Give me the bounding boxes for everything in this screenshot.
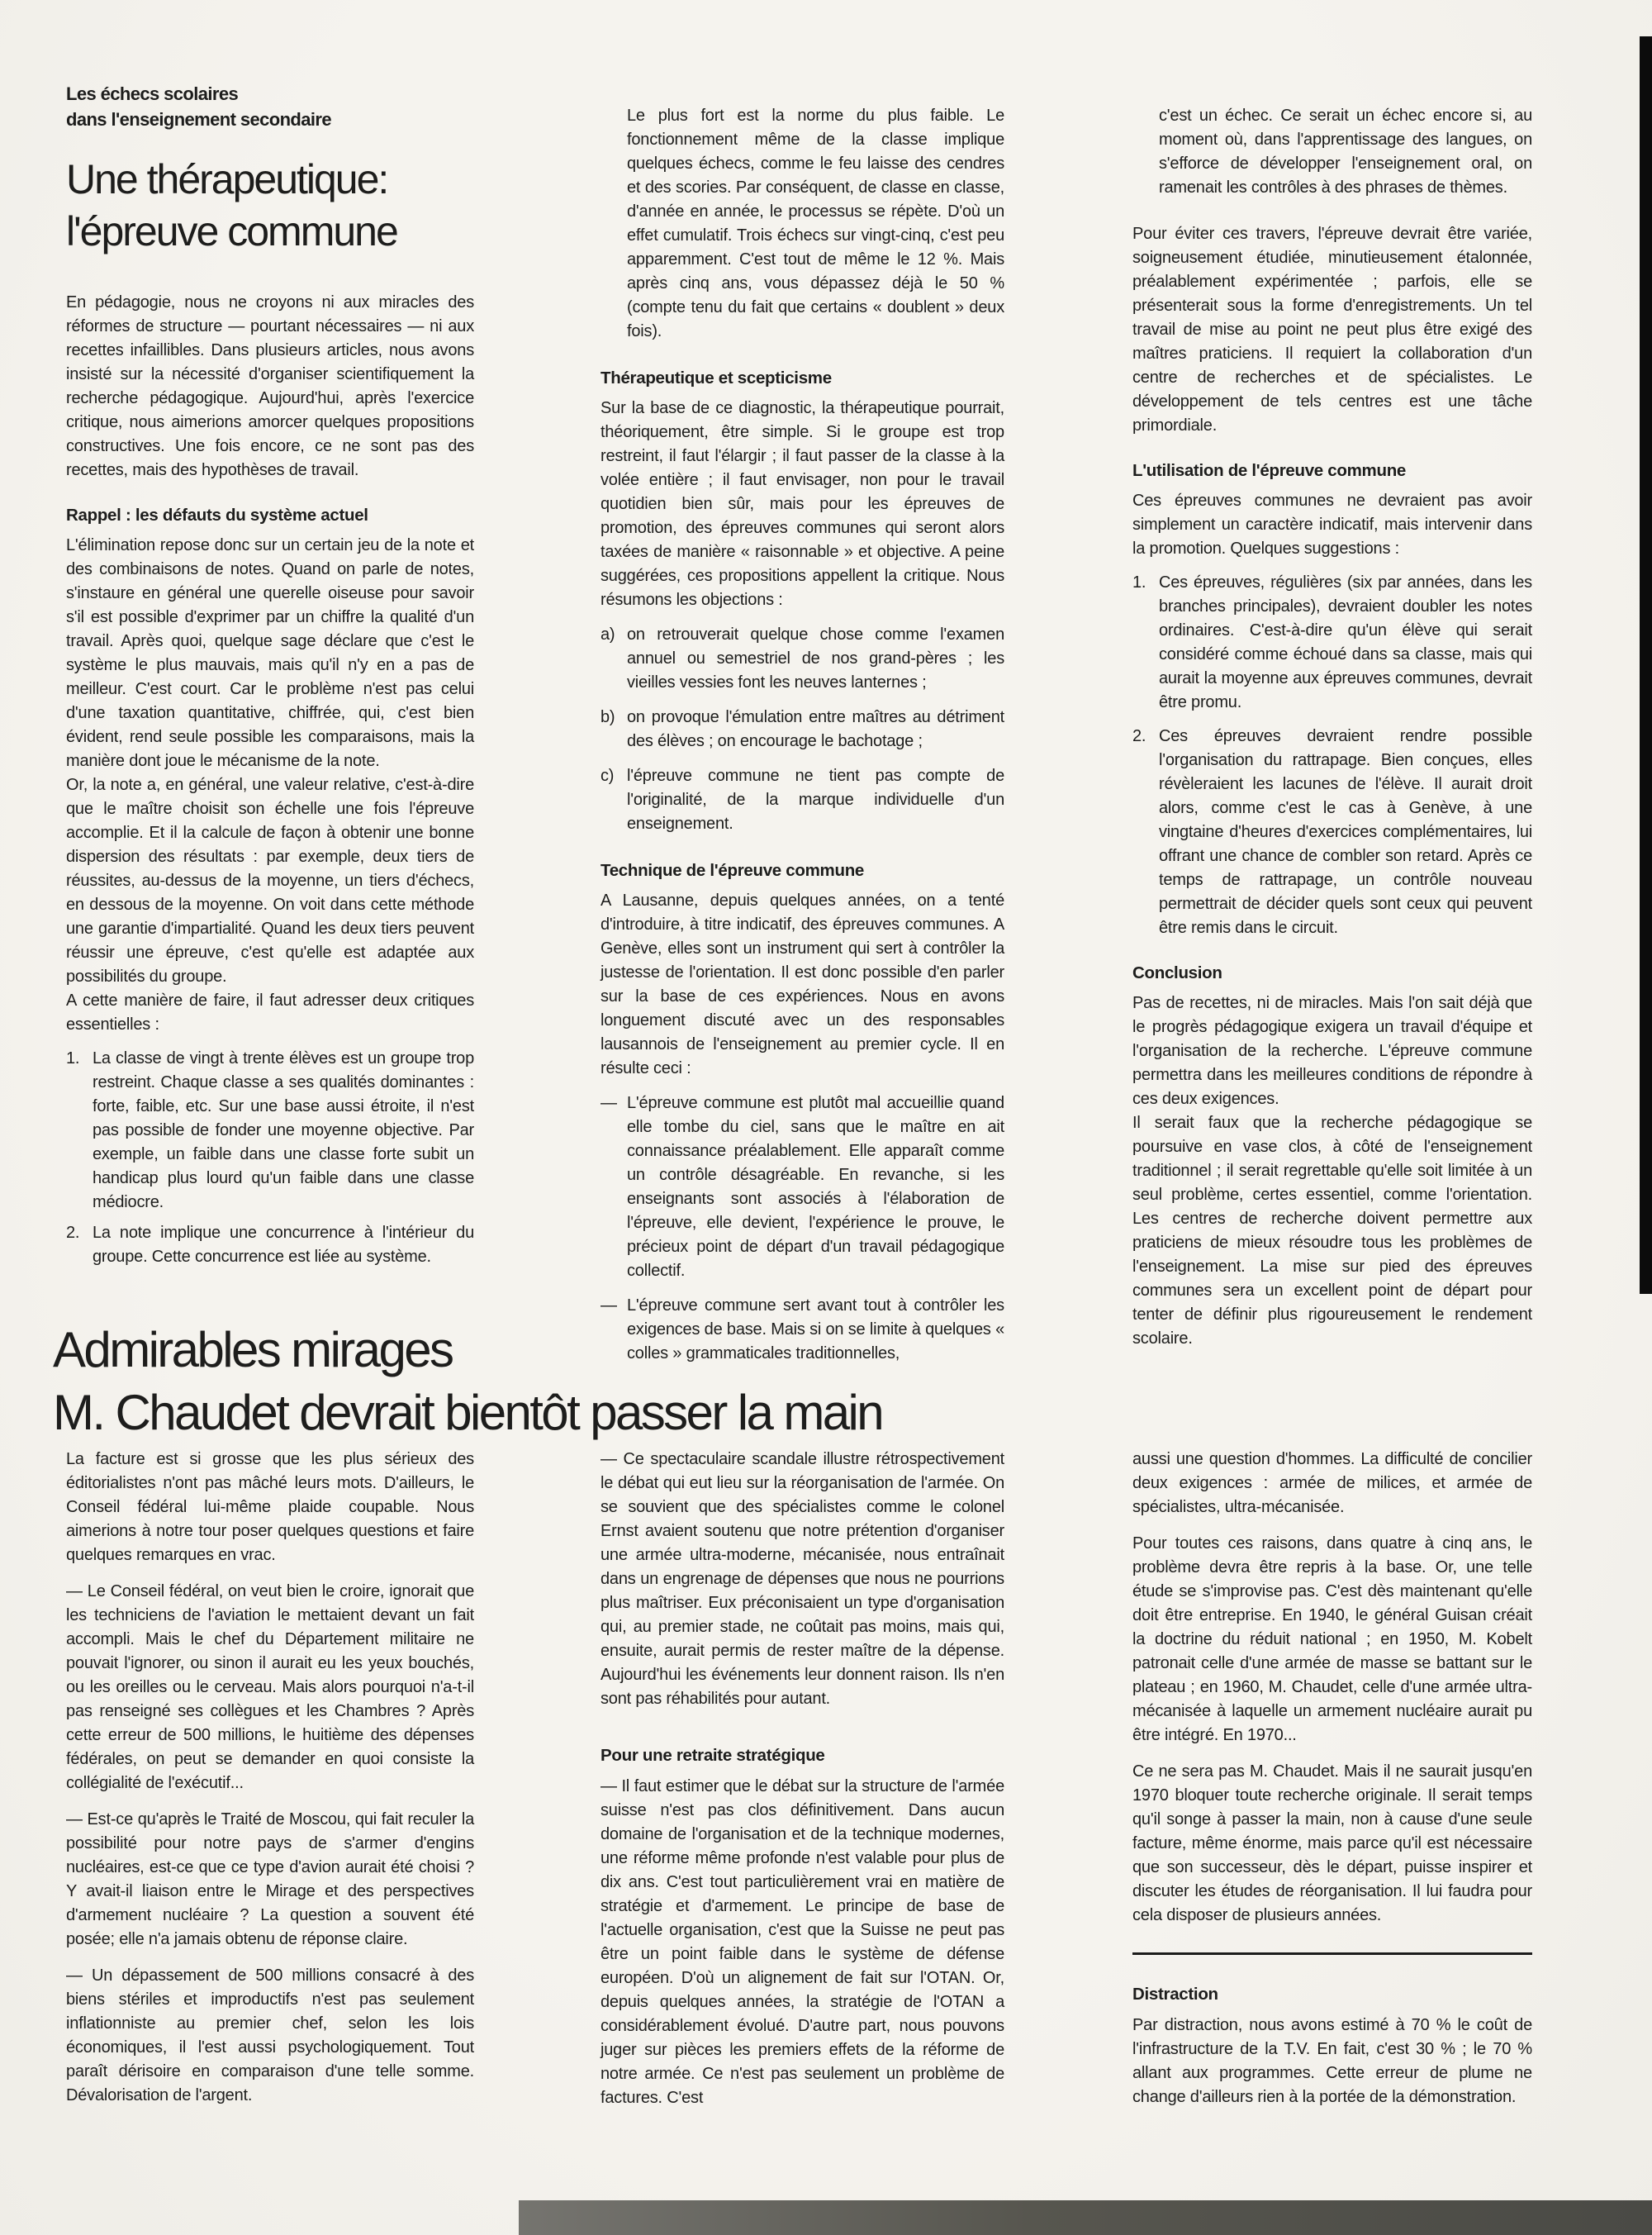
paragraph: La facture est si grosse que les plus sé… [66,1448,474,1567]
article2-column-3: aussi une question d'hommes. La difficul… [1132,1448,1532,2109]
list-item: 1.La classe de vingt à trente élèves est… [66,1047,474,1215]
section-subhead: Rappel : les défauts du système actuel [66,504,474,526]
section-subhead: Technique de l'épreuve commune [601,859,1004,882]
list-item: b)on provoque l'émulation entre maîtres … [601,706,1004,754]
article2-column-2: — Ce spectaculaire scandale illustre rét… [601,1448,1004,2110]
kicker-line: dans l'enseignement secondaire [66,107,474,132]
paragraph: — Un dépassement de 500 millions consacr… [66,1964,474,2108]
article2-headline-block: Admirables mirages M. Chaudet devrait bi… [53,1319,1292,1444]
list-item: 1.Ces épreuves, régulières (six par anné… [1132,571,1532,715]
list-item: a)on retrouverait quelque chose comme l'… [601,623,1004,695]
section-subhead: Distraction [1132,1983,1532,2005]
list-item-text: Ces épreuves devraient rendre possible l… [1159,727,1532,937]
list-item-text: on provoque l'émulation entre maîtres au… [627,708,1004,750]
page-bottom-edge-bar [519,2200,1652,2235]
paragraph: L'élimination repose donc sur un certain… [66,534,474,773]
article2-headline-line2: M. Chaudet devrait bientôt passer la mai… [53,1381,1292,1444]
paragraph: Il serait faux que la recherche pédagogi… [1132,1111,1532,1351]
article1-column-1: Les échecs scolaires dans l'enseignement… [66,81,474,1269]
list-item-text: La classe de vingt à trente élèves est u… [93,1049,474,1211]
paragraph: Ces épreuves communes ne devraient pas a… [1132,489,1532,561]
paragraph: Sur la base de ce diagnostic, la thérape… [601,397,1004,612]
paragraph: Pour toutes ces raisons, dans quatre à c… [1132,1532,1532,1748]
list-item-text: La note implique une concurrence à l'int… [93,1224,474,1266]
paragraph: — Est-ce qu'après le Traité de Moscou, q… [66,1808,474,1952]
paragraph: Ce ne sera pas M. Chaudet. Mais il ne sa… [1132,1760,1532,1928]
dash-marker: — [601,1091,617,1115]
page-right-edge-bar [1640,36,1652,1294]
continuation-paragraph: aussi une question d'hommes. La difficul… [1132,1448,1532,1519]
continuation-paragraph: c'est un échec. Ce serait un échec encor… [1132,104,1532,200]
paragraph: Pour éviter ces travers, l'épreuve devra… [1132,222,1532,438]
section-subhead: L'utilisation de l'épreuve commune [1132,459,1532,482]
paragraph: A cette manière de faire, il faut adress… [66,989,474,1037]
section-subhead: Pour une retraite stratégique [601,1744,1004,1767]
paragraph: — Le Conseil fédéral, on veut bien le cr… [66,1580,474,1795]
section-subhead: Conclusion [1132,962,1532,984]
paragraph: — Ce spectaculaire scandale illustre rét… [601,1448,1004,1711]
lead-paragraph: En pédagogie, nous ne croyons ni aux mir… [66,291,474,483]
continuation-paragraph: Le plus fort est la norme du plus faible… [601,104,1004,344]
list-marker: b) [601,706,615,730]
paragraph: Par distraction, nous avons estimé à 70 … [1132,2014,1532,2109]
article1-column-3: c'est un échec. Ce serait un échec encor… [1132,104,1532,1351]
section-divider [1132,1952,1532,1955]
paragraph: A Lausanne, depuis quelques années, on a… [601,889,1004,1081]
list-item: 2.Ces épreuves devraient rendre possible… [1132,725,1532,940]
article1-column-2: Le plus fort est la norme du plus faible… [601,104,1004,1366]
article1-headline-line2: l'épreuve commune [66,206,474,258]
kicker-line: Les échecs scolaires [66,81,474,107]
dash-item: —L'épreuve commune est plutôt mal accuei… [601,1091,1004,1283]
list-marker: 1. [1132,571,1146,595]
list-item-text: Ces épreuves, régulières (six par années… [1159,573,1532,711]
article1-headline-line1: Une thérapeutique: [66,154,474,206]
article2-headline-line1: Admirables mirages [53,1319,1292,1381]
list-item: c)l'épreuve commune ne tient pas compte … [601,764,1004,836]
article2-column-1: La facture est si grosse que les plus sé… [66,1448,474,2108]
list-marker: 2. [1132,725,1146,749]
list-item-text: on retrouverait quelque chose comme l'ex… [627,625,1004,692]
list-marker: 1. [66,1047,79,1071]
section-subhead: Thérapeutique et scepticisme [601,367,1004,389]
paragraph: — Il faut estimer que le débat sur la st… [601,1775,1004,2110]
paragraph: Or, la note a, en général, une valeur re… [66,773,474,989]
list-marker: a) [601,623,615,647]
paragraph: Pas de recettes, ni de miracles. Mais l'… [1132,991,1532,1111]
list-item-text: l'épreuve commune ne tient pas compte de… [627,767,1004,833]
dash-marker: — [601,1294,617,1318]
list-marker: c) [601,764,614,788]
list-marker: 2. [66,1221,79,1245]
newspaper-page: Les échecs scolaires dans l'enseignement… [0,0,1652,2235]
list-item: 2.La note implique une concurrence à l'i… [66,1221,474,1269]
dash-item-text: L'épreuve commune est plutôt mal accueil… [627,1094,1004,1280]
